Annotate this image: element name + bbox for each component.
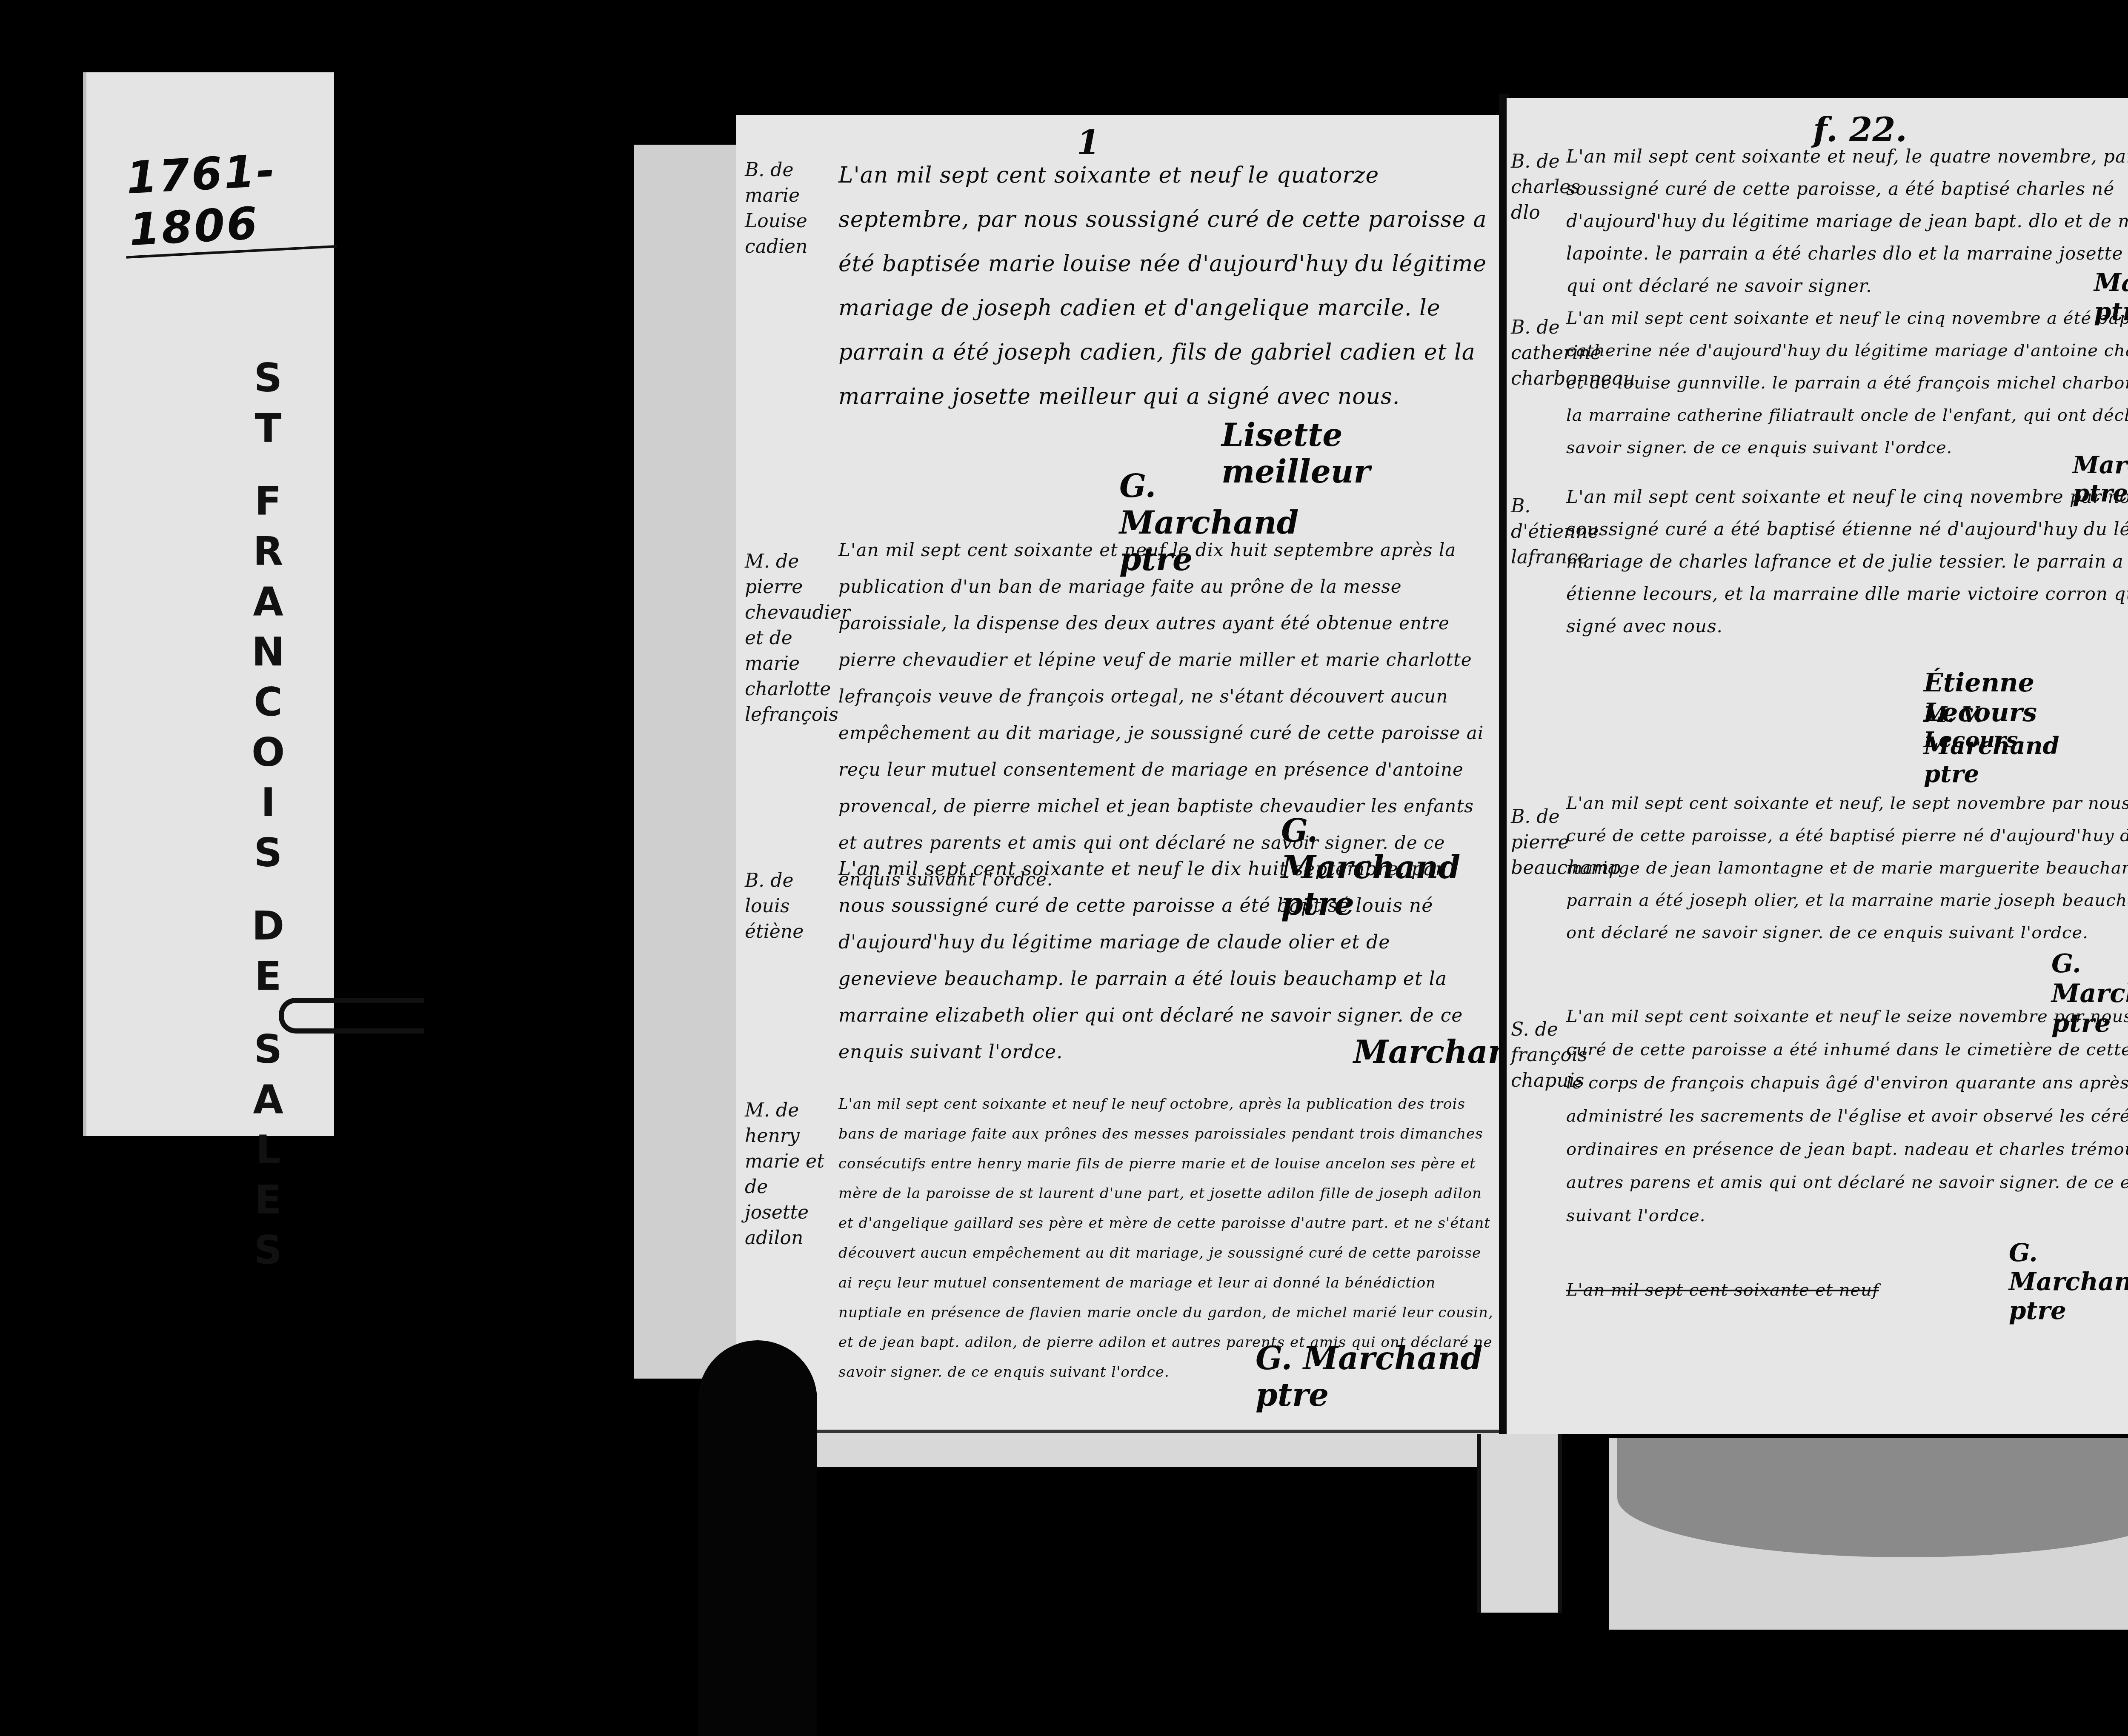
label-letter: S (245, 353, 292, 403)
archive-label-card: 1761-1806 STFRANCOISDESALES (83, 72, 334, 1136)
thumb-silhouette (698, 1340, 817, 1736)
label-letter: A (245, 1075, 292, 1125)
label-letter: A (245, 577, 292, 627)
label-letter: D (245, 901, 292, 951)
margin-note: B. de catherine charbonneau (1511, 315, 1566, 391)
entry-text: L'an mil sept cent soixante et neuf, le … (1566, 787, 2128, 949)
entry-text: L'an mil sept cent soixante et neuf le c… (1566, 481, 2128, 642)
label-letter (245, 454, 292, 477)
margin-note: B. de pierre beauchamp (1511, 804, 1566, 881)
margin-note: M. de pierre chevaudier et de marie char… (745, 549, 830, 728)
label-letter: L (245, 1125, 292, 1175)
left-page: 1 B. de marie Louise cadien L'an mil sep… (736, 115, 1507, 1430)
label-letter: C (245, 677, 292, 728)
margin-note: B. de louis étiène (745, 868, 830, 945)
entry-text-struck: L'an mil sept cent soixante et neuf (1566, 1268, 2077, 1312)
label-letter: O (245, 728, 292, 778)
entry-text: L'an mil sept cent soixante et neuf le c… (1566, 302, 2128, 464)
label-letter (245, 878, 292, 901)
label-letter: R (245, 527, 292, 577)
book-lower-edge-left (775, 1430, 1502, 1467)
right-page: f. 22. B. de charles dlo L'an mil sept c… (1507, 98, 2128, 1434)
label-years: 1761-1806 (121, 141, 337, 259)
label-letter: E (245, 1175, 292, 1225)
entry-text: L'an mil sept cent soixante et neuf le q… (838, 153, 1494, 419)
margin-note: B. de charles dlo (1511, 149, 1566, 226)
margin-note: B. d'étienne lafrance (1511, 494, 1566, 570)
signature: Marchand ptre (1924, 732, 2059, 788)
margin-note: B. de marie Louise cadien (745, 157, 830, 260)
label-letter: F (245, 477, 292, 527)
label-letter: S (245, 1025, 292, 1075)
margin-note: M. de henry marie et de josette adilon (745, 1098, 830, 1251)
paper-clip-icon (279, 998, 424, 1034)
signature: G. Marchand ptre (1256, 1340, 1502, 1413)
label-parish-name: STFRANCOISDESALES (245, 353, 292, 1276)
label-letter: E (245, 951, 292, 1002)
entry-text: L'an mil sept cent soixante et neuf, le … (1566, 140, 2128, 302)
label-letter: S (245, 1225, 292, 1276)
label-letter: I (245, 778, 292, 828)
label-letter: S (245, 828, 292, 878)
label-letter: N (245, 627, 292, 677)
loose-pages-at-spine (1477, 1434, 1562, 1613)
margin-note: S. de françois chapuis (1511, 1017, 1566, 1094)
label-letter: T (245, 403, 292, 454)
entry-text: L'an mil sept cent soixante et neuf le s… (1566, 1000, 2128, 1232)
